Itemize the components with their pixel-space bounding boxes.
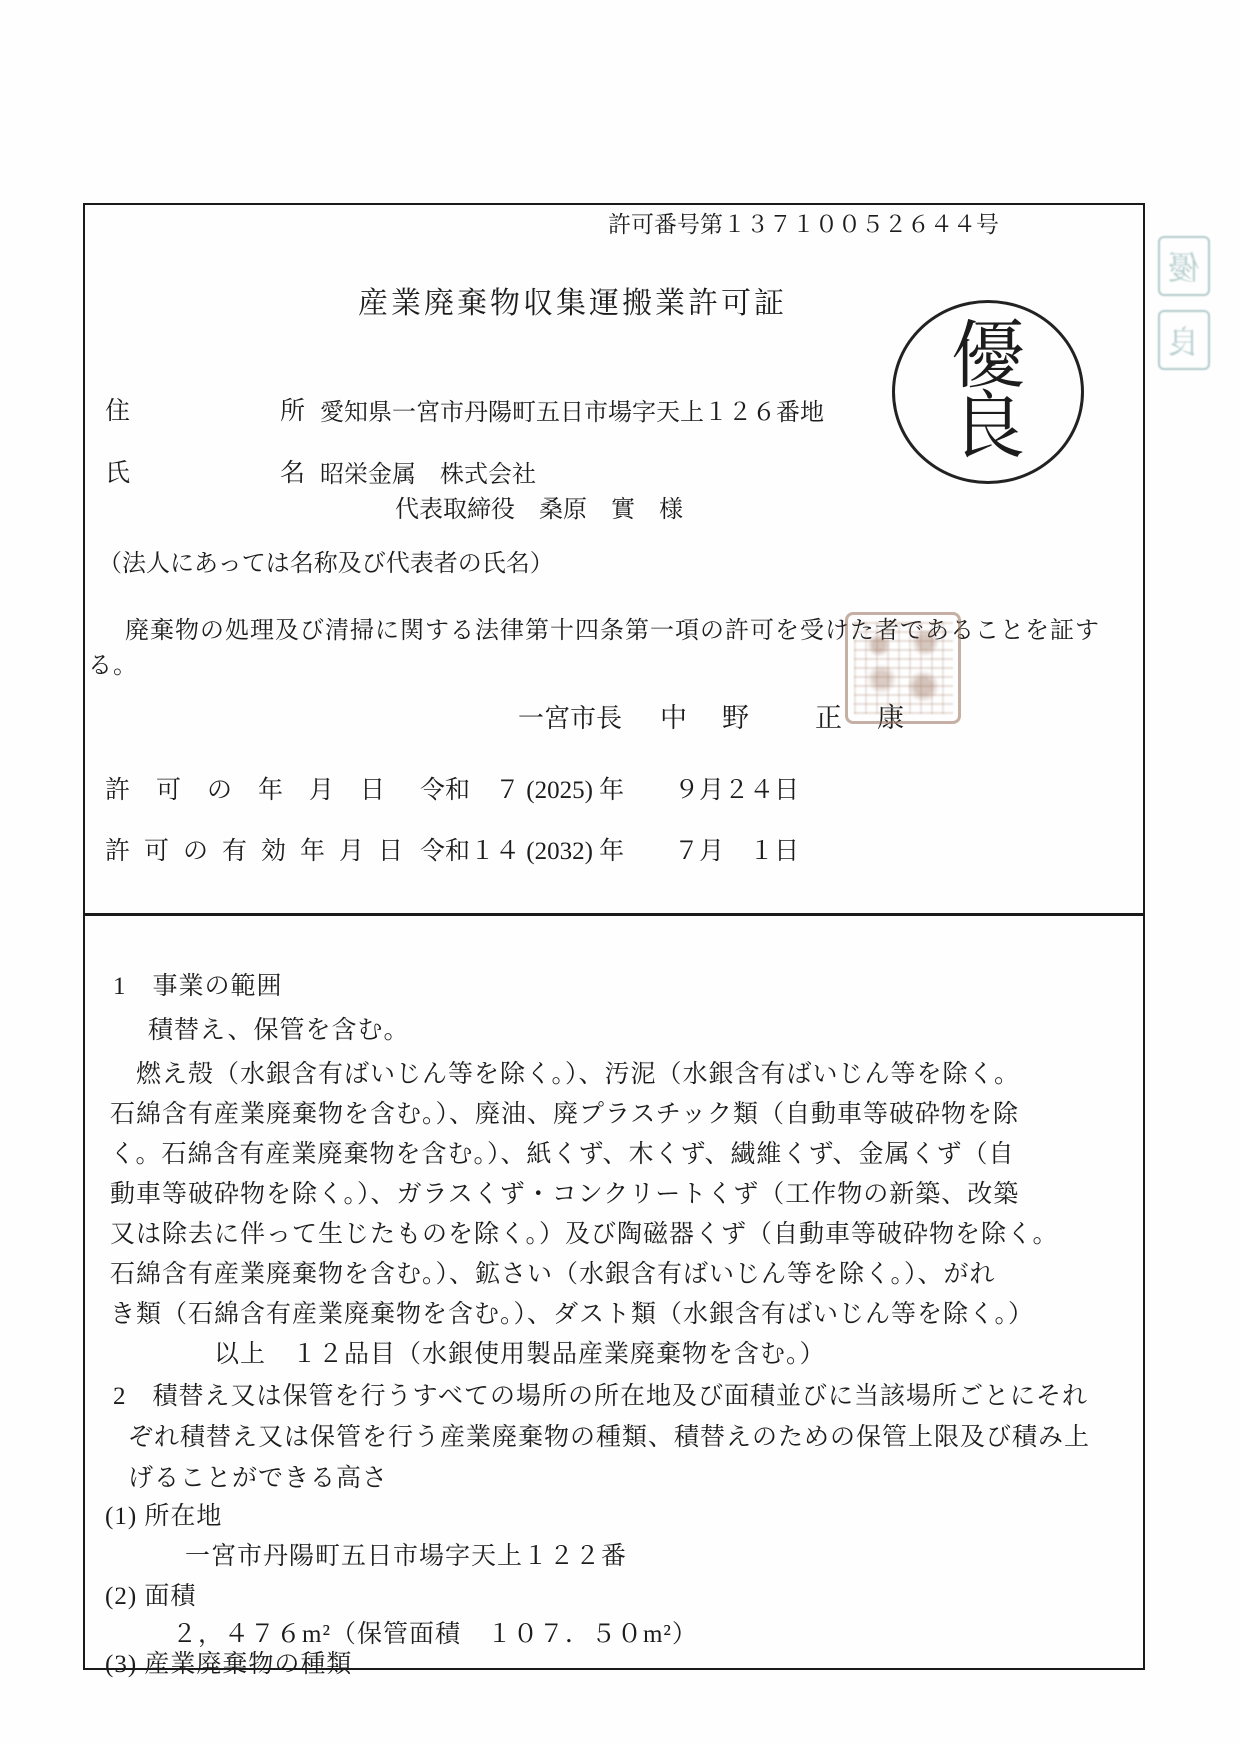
edge-stamp-top-seal: 優 <box>1158 236 1210 296</box>
grant-date-value: 令和 ７ (2025) 年 ９月２４日 <box>420 770 799 806</box>
storage-item1-value: 一宮市丹陽町五日市場字天上１２２番 <box>185 1536 627 1572</box>
scope-line: 動車等破砕物を除く。）、ガラスくず・コンクリートくず（工作物の新築、改築 <box>110 1174 1019 1210</box>
expiry-date-value: 令和１４ (2032) 年 ７月 １日 <box>420 831 799 867</box>
excellent-stamp-top-char: 優 <box>951 322 1025 392</box>
scope-line: 石綿含有産業廃棄物を含む。）、鉱さい（水銀含有ばいじん等を除く。）、がれ <box>110 1254 996 1290</box>
mayor-office-title: 一宮市長 <box>518 698 622 735</box>
representative-name: 代表取締役 桑原 實 様 <box>395 489 683 524</box>
storage-item3-label: (3) 産業廃棄物の種類 <box>105 1644 352 1680</box>
scope-subheading: 積替え、保管を含む。 <box>148 1010 410 1046</box>
edge-transfer-stamp: 優 良 <box>1158 236 1212 370</box>
storage-item1-label: (1) 所在地 <box>105 1496 222 1532</box>
official-seal-ink-pattern <box>854 622 953 713</box>
permit-number: 許可番号第１３７１００５２６４４号 <box>608 206 999 239</box>
section-divider <box>83 913 1145 916</box>
storage-line: 2 積替え又は保管を行うすべての場所の所在地及び面積並びに当該場所ごとにそれ <box>113 1376 1088 1412</box>
certification-body-line2: る。 <box>88 645 138 680</box>
expiry-date-label: 許可の有効年月日 <box>105 831 417 867</box>
address-label-first-char: 住 <box>105 391 130 427</box>
storage-line: げることができる高さ <box>128 1458 388 1494</box>
scope-line: 又は除去に伴って生じたものを除く。）及び陶磁器くず（自動車等破砕物を除く。 <box>110 1214 1059 1250</box>
official-seal-stamp <box>845 612 961 724</box>
scope-line: き類（石綿含有産業廃棄物を含む。）、ダスト類（水銀含有ばいじん等を除く。） <box>110 1294 1034 1330</box>
certificate-title: 産業廃棄物収集運搬業許可証 <box>358 278 787 322</box>
corporate-note: （法人にあっては名称及び代表者の氏名） <box>98 543 554 578</box>
scope-summary-line: 以上 １２品目（水銀使用製品産業廃棄物を含む。） <box>110 1334 826 1370</box>
address-label: 住 所 <box>105 391 305 427</box>
excellent-certification-stamp: 優 良 <box>892 300 1084 484</box>
scope-heading: 1 事業の範囲 <box>113 966 283 1002</box>
permit-certificate-page: 許可番号第１３７１００５２６４４号 産業廃棄物収集運搬業許可証 優 良 優 良 … <box>0 0 1240 1744</box>
name-label-first-char: 氏 <box>105 453 130 489</box>
name-label-last-char: 名 <box>280 453 305 489</box>
company-name: 昭栄金属 株式会社 <box>320 454 536 489</box>
storage-line: ぞれ積替え又は保管を行う産業廃棄物の種類、積替えのための保管上限及び積み上 <box>128 1417 1090 1453</box>
address-label-last-char: 所 <box>280 391 305 427</box>
name-label: 氏 名 <box>105 453 305 489</box>
address-value: 愛知県一宮市丹陽町五日市場字天上１２６番地 <box>320 392 824 427</box>
storage-item2-label: (2) 面積 <box>105 1576 196 1612</box>
scope-line: 燃え殻（水銀含有ばいじん等を除く。）、汚泥（水銀含有ばいじん等を除く。 <box>110 1054 1020 1090</box>
excellent-stamp-bottom-char: 良 <box>951 392 1025 462</box>
grant-date-label: 許可の年月日 <box>105 770 411 806</box>
scope-line: 石綿含有産業廃棄物を含む。）、廃油、廃プラスチック類（自動車等破砕物を除 <box>110 1094 1019 1130</box>
scope-line: く。石綿含有産業廃棄物を含む。）、紙くず、木くず、繊維くず、金属くず（自 <box>110 1134 1015 1170</box>
edge-stamp-bottom-seal: 良 <box>1158 310 1210 370</box>
